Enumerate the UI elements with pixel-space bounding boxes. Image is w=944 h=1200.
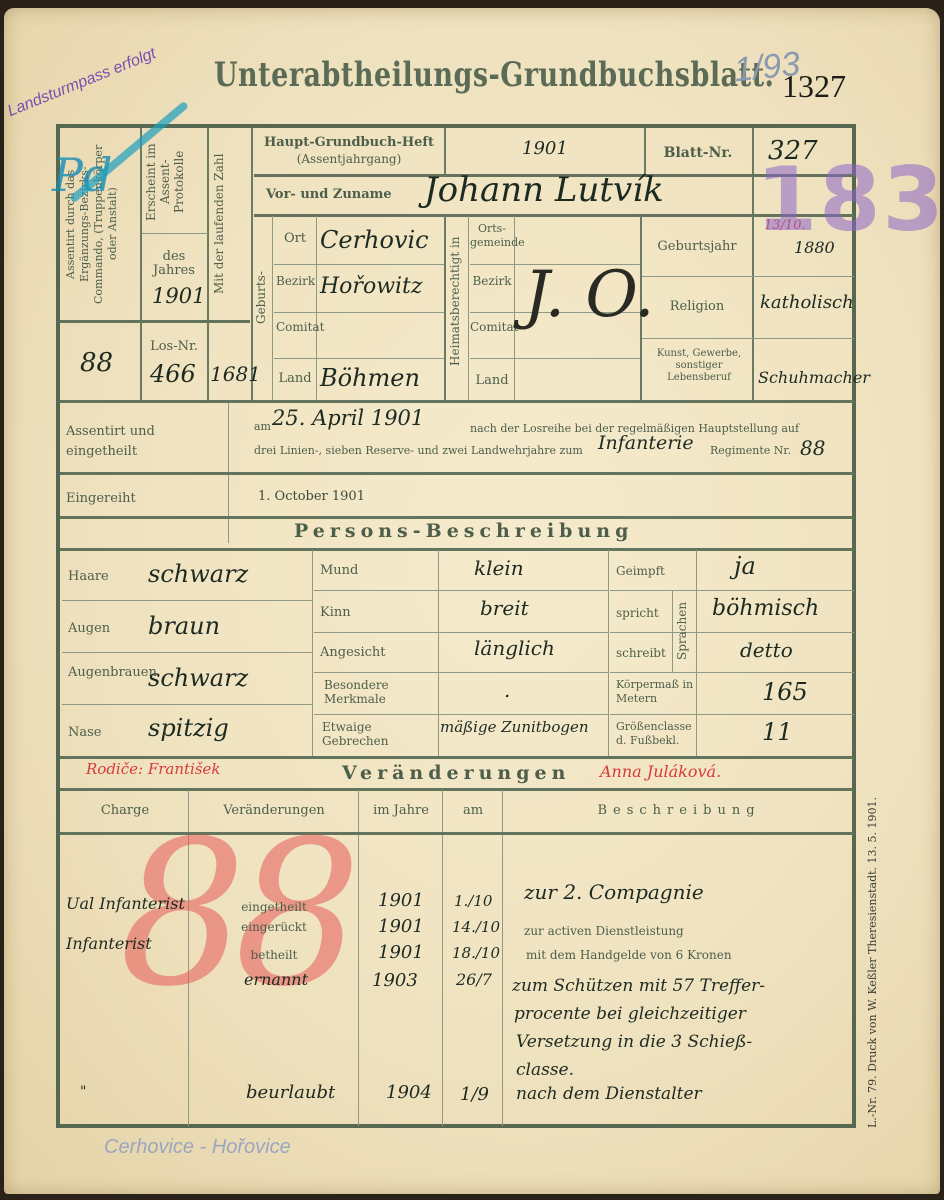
assentirt-date-value: 25. April 1901 (272, 406, 424, 430)
date-value-3: 18./10 (452, 944, 500, 962)
charge-value-3: Infanterist (66, 934, 152, 953)
groessenclasse-value: 11 (762, 718, 793, 746)
divider (62, 600, 312, 601)
divider (644, 128, 646, 174)
land-label: Land (274, 372, 316, 386)
divider (468, 216, 469, 400)
desc-value-4: zum Schützen mit 57 Treffer- (512, 976, 765, 996)
ort-label: Ort (274, 232, 316, 246)
divider (314, 632, 608, 633)
red-crayon-mark: 88 (119, 798, 350, 1031)
divider (312, 550, 313, 756)
parents-note-father: Rodiče: František (86, 760, 221, 778)
divider (60, 400, 854, 403)
parents-note-mother: Anna Juláková. (600, 762, 721, 781)
date-value-4: 26/7 (456, 970, 492, 989)
geburts-group-label: Geburts- (254, 258, 270, 338)
religion-label: Religion (644, 300, 750, 314)
divider (316, 216, 317, 400)
groessenclasse-label: Größenclasse d. Fußbekl. (616, 720, 696, 748)
regiment-label: Regimente Nr. (710, 444, 791, 458)
charge-value-1: Ual Infanterist (66, 894, 185, 913)
divider (444, 128, 446, 174)
date-value-1: 1./10 (454, 892, 492, 910)
divider (672, 590, 673, 672)
gebrechen-label: Etwaige Gebrechen (322, 720, 432, 748)
geburtsjahr-label: Geburtsjahr (644, 240, 750, 254)
hauptgrundbuch-value: 1901 (522, 138, 568, 159)
haare-label: Haare (68, 570, 109, 584)
koerpermass-value: 165 (762, 678, 808, 706)
pencil-note-bottom: Cerhovice - Hořovice (104, 1136, 291, 1159)
year-value-4: 1903 (372, 970, 418, 991)
year-value-2: 1901 (378, 916, 424, 937)
desc-value-6: Versetzung in die 3 Schieß- (516, 1032, 752, 1052)
divider (62, 652, 312, 653)
religion-value: katholisch (760, 292, 854, 313)
divider (274, 264, 444, 265)
augen-value: braun (148, 612, 220, 640)
desc-value-2: zur activen Dienstleistung (524, 924, 684, 938)
des-jahres-label: des Jahres (144, 250, 204, 278)
year-value-8: 1904 (386, 1082, 432, 1103)
merkmale-value: . (504, 678, 510, 702)
laufende-zahl-value: 1681 (210, 362, 261, 386)
page-title: Unterabtheilungs-Grundbuchsblatt. (214, 56, 774, 95)
mund-label: Mund (320, 564, 358, 578)
beruf-label: Kunst, Gewerbe, sonstiger Lebensberuf (648, 348, 750, 384)
augen-label: Augen (68, 622, 110, 636)
divider (60, 788, 854, 791)
persons-beschreibung-title: Persons-Beschreibung (294, 520, 633, 542)
spricht-label: spricht (616, 606, 659, 620)
divider (696, 550, 697, 756)
change-value-2: eingerückt (190, 920, 358, 934)
divider (142, 233, 208, 234)
kinn-label: Kinn (320, 606, 351, 620)
divider (274, 312, 444, 313)
change-value-4: ernannt (244, 970, 308, 989)
veraenderungen-title: Veränderungen (342, 762, 570, 784)
angesicht-value: länglich (474, 636, 555, 660)
desc-value-3: mit dem Handgelde von 6 Kronen (526, 948, 732, 962)
divider (140, 128, 142, 400)
divider (60, 472, 854, 475)
divider (610, 632, 854, 633)
divider (60, 516, 854, 519)
des-jahres-value: 1901 (152, 284, 205, 308)
year-value-3: 1901 (378, 942, 424, 963)
gebrechen-value: mäßige Zunitbogen (440, 718, 589, 736)
beruf-value: Schuhmacher (758, 368, 870, 387)
divider (610, 590, 854, 591)
land-value: Böhmen (320, 364, 420, 392)
name-value: Johann Lutvík (424, 170, 664, 210)
divider (60, 548, 854, 551)
sprachen-label: Sprachen (675, 594, 693, 668)
divider (314, 714, 608, 715)
angesicht-label: Angesicht (320, 646, 385, 660)
nase-value: spitzig (148, 714, 229, 742)
truppe-value: Infanterie (598, 432, 694, 454)
regiment-value: 88 (800, 436, 825, 460)
schreibt-label: schreibt (616, 646, 666, 660)
blatt-nr-label: Blatt-Nr. (648, 146, 748, 160)
document-page: Landsturmpass erfolgt Unterabtheilungs-G… (4, 8, 940, 1194)
divider (502, 790, 503, 1126)
divider (62, 704, 312, 705)
augenbrauen-value: schwarz (148, 664, 248, 692)
los-nr-label: Los-Nr. (144, 340, 204, 354)
haare-value: schwarz (148, 560, 248, 588)
assentirt-label: Assentirt und eingetheilt (66, 422, 216, 462)
divider (610, 672, 854, 673)
augenbrauen-label: Augenbrauen (68, 666, 128, 680)
heimatsberechtigt-group-label: Heimatsberechtigt in (448, 226, 466, 376)
year-value-1: 1901 (378, 890, 424, 911)
kinn-value: breit (480, 596, 529, 620)
assentirt-value: 88 (80, 348, 113, 378)
divider (60, 756, 854, 759)
divider (314, 590, 608, 591)
desc-value-7: classe. (516, 1060, 574, 1080)
heimat-comitat-label: Comitat (470, 320, 514, 334)
mund-value: klein (474, 556, 524, 580)
col-beschreibung: Beschreibung (504, 804, 854, 818)
hauptgrundbuch-sub: (Assentjahrgang) (256, 152, 442, 166)
eingereiht-label: Eingereiht (66, 492, 136, 506)
ort-value: Cerhovic (320, 226, 429, 254)
geimpft-label: Geimpft (616, 564, 665, 578)
spricht-value: böhmisch (712, 596, 819, 621)
divider (610, 714, 854, 715)
divider (274, 358, 444, 359)
charge-value-8: " (80, 1084, 86, 1100)
divider (642, 338, 854, 339)
divider (207, 128, 209, 400)
divider (60, 320, 250, 323)
divider (438, 550, 439, 756)
divider (251, 128, 253, 400)
change-value-1: eingetheilt (190, 900, 358, 914)
merkmale-label: Besondere Merkmale (324, 678, 434, 706)
divider (752, 128, 754, 400)
change-value-3: betheilt (190, 948, 358, 962)
heimat-value: J. O. (524, 258, 654, 332)
schreibt-value: detto (740, 638, 793, 662)
heimat-land-label: Land (470, 374, 514, 388)
nase-label: Nase (68, 726, 102, 740)
date-value-2: 14./10 (452, 918, 500, 936)
ortsgemeinde-label: Orts-gemeinde (470, 222, 514, 250)
bezirk-label: Bezirk (276, 274, 314, 288)
printer-imprint: L.-Nr. 79. Druck von W. Keßler Theresien… (866, 768, 879, 1128)
eingereiht-value: 1. October 1901 (258, 490, 365, 504)
am-label: am (254, 420, 271, 434)
divider (314, 672, 608, 673)
dienstjahre-text: drei Linien-, sieben Reserve- und zwei L… (254, 444, 583, 458)
landsturmpass-stamp: Landsturmpass erfolgt (5, 45, 159, 121)
los-nr-value: 466 (150, 360, 196, 388)
divider (358, 790, 359, 1126)
name-label: Vor- und Zuname (266, 188, 416, 202)
divider (608, 550, 609, 756)
desc-value-1: zur 2. Compagnie (524, 880, 704, 904)
heimat-bezirk-label: Bezirk (470, 274, 514, 288)
bezirk-value: Hořowitz (320, 274, 423, 299)
erscheint-label: Erscheint im Assent-Protokolle (144, 134, 204, 230)
sheet-number: 1327 (782, 68, 846, 105)
divider (470, 358, 640, 359)
desc-value-5: procente bei gleichzeitiger (514, 1004, 746, 1024)
koerpermass-label: Körpermaß in Metern (616, 678, 696, 706)
laufende-zahl-label: Mit der laufenden Zahl (212, 134, 248, 314)
divider (642, 276, 854, 277)
divider (442, 790, 443, 1126)
divider (444, 216, 446, 400)
col-am: am (444, 804, 502, 818)
date-value-8: 1/9 (460, 1084, 489, 1105)
col-im-jahre: im Jahre (360, 804, 442, 818)
hauptgrundbuch-label: Haupt-Grundbuch-Heft (256, 136, 442, 150)
change-value-8: beurlaubt (246, 1082, 335, 1103)
comitat-label: Comitat (276, 320, 314, 334)
number-stamp: 183 (756, 148, 944, 251)
divider (272, 216, 273, 400)
geimpft-value: ja (734, 552, 756, 580)
desc-value-8: nach dem Dienstalter (516, 1084, 702, 1104)
